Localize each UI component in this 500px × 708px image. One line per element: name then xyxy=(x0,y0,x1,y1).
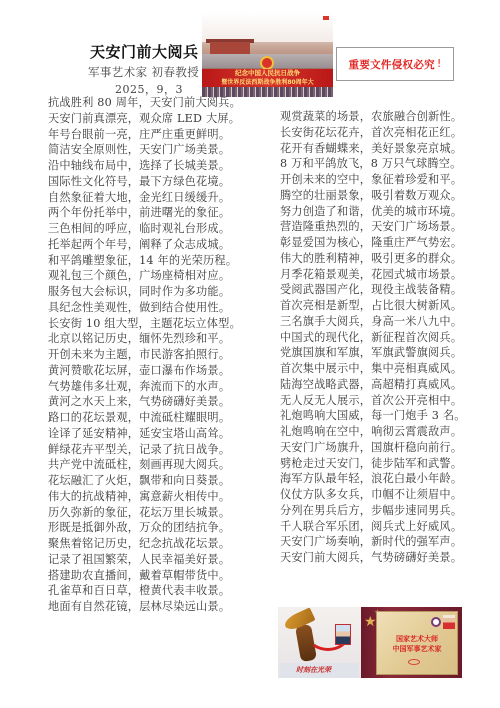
sky xyxy=(202,12,333,42)
poem-line: 观赏蔬菜的场景，农旅融合创新性。 xyxy=(280,109,466,125)
poem-line: 孔雀草和百日草，橙黄代表丰收景。 xyxy=(48,583,241,599)
poem-line: 海军方队最年轻，浪花白最小年龄。 xyxy=(280,471,466,487)
seal-icon xyxy=(408,659,420,665)
poem-line: 托举起两个年号，阐释了众志成城。 xyxy=(48,237,241,253)
poem-right-column: 观赏蔬菜的场景，农旅融合创新性。 长安街花坛花卉，首次亮相花正红。 花开有香蝴蝶… xyxy=(280,109,466,566)
award-photo: 时刻在光荣 ★ ★ 国家艺术大师 中国军事艺术家 xyxy=(278,607,462,678)
poem-line: 首次集中展示中，集中亮相真威风。 xyxy=(280,361,466,377)
poem-line: 天安门广场奏响，新时代的强军声。 xyxy=(280,534,466,550)
poem-line: 党旗国旗和军旗，军旗武警旗阅兵。 xyxy=(280,345,466,361)
poem-line: 分列在男兵后方，步幅步速同男兵。 xyxy=(280,503,466,519)
poem-line: 北京以铭记历史，缅怀先烈珍和平。 xyxy=(48,331,241,347)
poem-line: 诠译了延安精神，延安宝塔山高耸。 xyxy=(48,426,241,442)
poem-line: 中国式的现代化，新征程首次阅兵。 xyxy=(280,330,466,346)
poem-line: 伟大的胜利精神，吸引更多的群众。 xyxy=(280,251,466,267)
poem-line: 观礼包三个颜色，广场座椅相对应。 xyxy=(48,268,241,284)
poem-line: 陆海空战略武器，高超精打真威风。 xyxy=(280,377,466,393)
poem-line: 黄河赞歌花坛屏，壶口瀑布作场景。 xyxy=(48,363,241,379)
poem-line: 两个年份托举中，前进曙光的象征。 xyxy=(48,205,241,221)
poem-line: 劈枪走过天安门，徒步陆军和武警。 xyxy=(280,456,466,472)
poem-line: 天安门前大阅兵，气势磅礴好美景。 xyxy=(280,550,466,566)
poem-line: 礼炮鸣响大国威，每一门炮手 3 名。 xyxy=(280,408,466,424)
poem-line: 受阅武器国产化，现役主战装备精。 xyxy=(280,282,466,298)
poem-line: 花坛融汇了火炬，飘带和向日葵景。 xyxy=(48,473,241,489)
poem-left-column: 抗战胜利 80 周年，天安门前大阅兵。 天安门前真漂亮，观众席 LED 大屏。 … xyxy=(48,95,241,615)
poem-line: 记录了祖国繁荣，人民幸福美好景。 xyxy=(48,552,241,568)
poem-line: 自然象征着大地，金光红日缓缓升。 xyxy=(48,190,241,206)
poem-line: 服务包大会标识，同时作为多功能。 xyxy=(48,284,241,300)
poem-line: 首次亮相是新型，占比很大树新风。 xyxy=(280,298,466,314)
poem-line: 长安街花坛花卉，首次亮相花正红。 xyxy=(280,125,466,141)
poem-line: 营造隆重热烈的，天安门广场场景。 xyxy=(280,219,466,235)
poem-line: 月季花箱景观美，花园式城市场景。 xyxy=(280,267,466,283)
poem-line: 路口的花坛景观，中流砥柱耀眼明。 xyxy=(48,410,241,426)
poem-line: 黄河之水天上来，气势磅礴好美景。 xyxy=(48,394,241,410)
poem-line: 简洁安全原则性，天安门广场美景。 xyxy=(48,142,241,158)
portrait-photo xyxy=(443,615,455,629)
poem-line: 无人反无人展示，首次公开亮相中。 xyxy=(280,393,466,409)
trophy-panel: 时刻在光荣 xyxy=(278,607,361,678)
poem-line: 开创未来的空中，象征着珍爱和平。 xyxy=(280,172,466,188)
poem-line: 国际性文化符号，最下方绿色花境。 xyxy=(48,174,241,190)
certificate-title-2: 中国军事艺术家 xyxy=(377,644,457,654)
poem-line: 礼炮鸣响在空中，响彻云霄震敌声。 xyxy=(280,424,466,440)
portrait-photo xyxy=(335,624,351,645)
certificate-title-1: 国家艺术大师 xyxy=(377,634,457,644)
poem-line: 8 万和平鸽放飞，8 万只气球腾空。 xyxy=(280,156,466,172)
poem-line: 抗战胜利 80 周年，天安门前大阅兵。 xyxy=(48,95,241,111)
poem-line: 鲜绿花卉平型关，记录了抗日战争。 xyxy=(48,442,241,458)
photo-caption-2: 暨世界反法西斯战争胜利80周年大 xyxy=(202,78,333,87)
copyright-notice: 重要文件侵权必究! xyxy=(336,47,454,81)
poem-line: 历久弥新的象征，花坛万里长城景。 xyxy=(48,505,241,521)
poem-line: 彰显爱国为核心，隆重庄严气势宏。 xyxy=(280,235,466,251)
poem-line: 聚焦着铭记历史，纪念抗战花坛景。 xyxy=(48,536,241,552)
poem-line: 伟大的抗战精神，寓意薪火相传中。 xyxy=(48,489,241,505)
poem-line: 地面有自然花镜，层林尽染远山景。 xyxy=(48,599,241,615)
poem-line: 共产党中流砥柱，刻画再现大阅兵。 xyxy=(48,457,241,473)
tiananmen-gate xyxy=(210,42,250,54)
logo-icon xyxy=(431,617,441,627)
author-line: 军事艺术家 初春教授 xyxy=(88,64,199,80)
parade-photo: 纪念中国人民抗日战争 暨世界反法西斯战争胜利80周年大 xyxy=(202,12,333,97)
notice-text: 重要文件侵权必究 xyxy=(349,57,435,72)
poem-line: 三名旗手大阅兵，身高一米八九中。 xyxy=(280,314,466,330)
poem-line: 仪仗方队多女兵，巾帼不让须眉中。 xyxy=(280,487,466,503)
poem-line: 沿中轴线布局中，选择了长城美景。 xyxy=(48,158,241,174)
poem-line: 三色相间的呼应，临时观礼台形成。 xyxy=(48,221,241,237)
notice-mark: ! xyxy=(437,58,442,70)
emblem-icon xyxy=(260,56,274,70)
document-page: 天安门前大阅兵 军事艺术家 初春教授 2025，9，3 纪念中国人民抗日战争 暨… xyxy=(0,0,500,708)
calligraphy-signature: 时刻在光荣 xyxy=(296,665,331,675)
poem-line: 形既是抵御外敌，万众的团结抗争。 xyxy=(48,520,241,536)
poem-line: 天安门前真漂亮，观众席 LED 大屏。 xyxy=(48,111,241,127)
star-icon: ★ xyxy=(364,615,377,629)
poem-line: 天安门广场旗升，国旗杆稳向前行。 xyxy=(280,440,466,456)
poem-line: 气势雄伟多壮观，奔流而下的水声。 xyxy=(48,379,241,395)
poem-line: 年号台眼前一亮，庄严庄重更鲜明。 xyxy=(48,127,241,143)
poem-line: 和平鸽雕塑象征，14 年的光荣历程。 xyxy=(48,253,241,269)
poem-line: 长安街 10 组大型，主题花坛立体型。 xyxy=(48,316,241,332)
poem-line: 千人联合军乐团，阅兵式上好威风。 xyxy=(280,519,466,535)
poem-line: 开创未来为主题，市民游客拍照行。 xyxy=(48,347,241,363)
poem-line: 具纪念性美观性，做到结合使用性。 xyxy=(48,300,241,316)
poem-line: 搭建助农直播间，戴着草帽带货中。 xyxy=(48,568,241,584)
poem-title: 天安门前大阅兵 xyxy=(90,41,199,62)
photo-caption-1: 纪念中国人民抗日战争 xyxy=(202,69,333,78)
poem-line: 花开有香蝴蝶来，美好景象亮京城。 xyxy=(280,141,466,157)
flag-icon xyxy=(323,16,329,20)
poem-line: 腾空的壮丽景象，吸引着数万观众。 xyxy=(280,188,466,204)
poem-line: 努力创造了和谐，优美的城市环境。 xyxy=(280,204,466,220)
